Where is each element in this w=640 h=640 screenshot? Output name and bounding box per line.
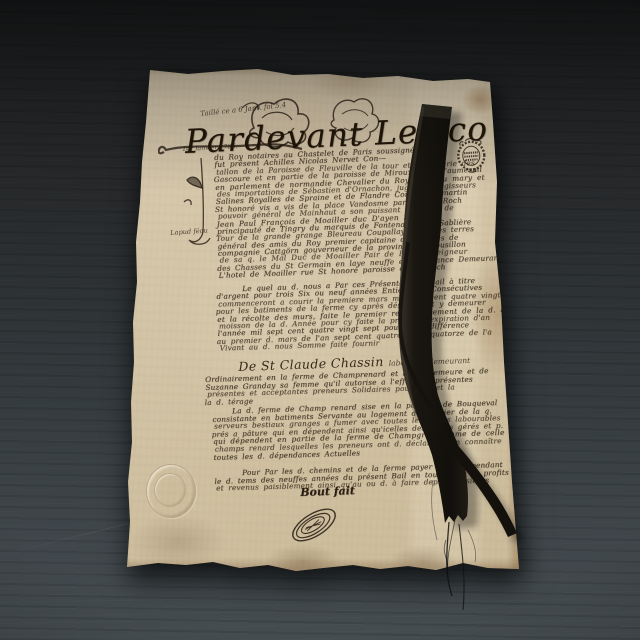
black-ribbon [0, 0, 640, 640]
photo-scene: Taillé ce a 6 Janv. fol 5.4 Pardevant Le… [0, 0, 640, 640]
